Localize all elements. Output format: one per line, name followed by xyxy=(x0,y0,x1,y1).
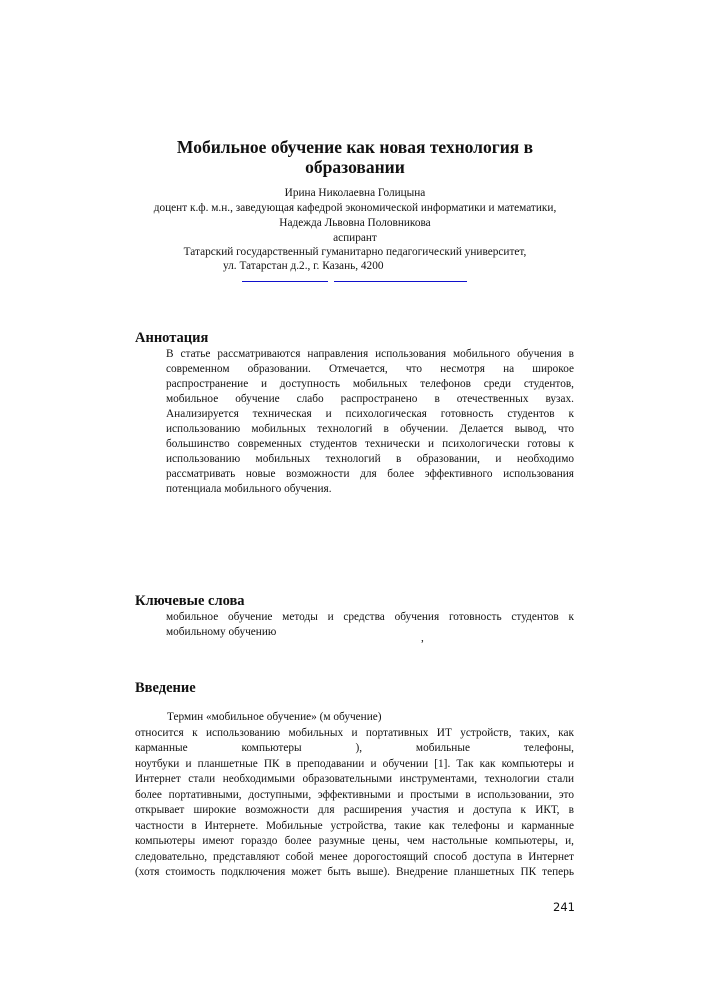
title-line-1: Мобильное обучение как новая технология … xyxy=(130,137,580,157)
introduction-heading: Введение xyxy=(135,680,196,697)
abstract-line: использованию мобильных технологий в обу… xyxy=(166,422,574,437)
affiliation: Татарский государственный гуманитарно пе… xyxy=(100,245,610,260)
abstract-line: мобильное обучение слабо распространено … xyxy=(166,392,574,407)
stray-comma: , xyxy=(421,632,424,644)
author1-position: доцент к.ф. м.н., заведующая кафедрой эк… xyxy=(100,201,610,216)
keywords-line: мобильное обучение методы и средства обу… xyxy=(166,610,574,625)
keywords-heading: Ключевые слова xyxy=(135,593,245,610)
intro-line: компьютеры имеют гораздо более разумные … xyxy=(135,834,574,850)
intro-line: ноутбуки и планшетные ПК в преподавании … xyxy=(135,757,574,773)
abstract-line: современном образовании. Отмечается, что… xyxy=(166,362,574,377)
introduction-text: Термин «мобильное обучение» (м обучение)… xyxy=(135,710,574,881)
intro-line: следовательно, представляют собой менее … xyxy=(135,850,574,866)
intro-line: Термин «мобильное обучение» (м обучение) xyxy=(135,710,574,726)
intro-line: открывает широкие возможности для расшир… xyxy=(135,803,574,819)
page-number: 241 xyxy=(553,900,575,914)
email-link-2[interactable] xyxy=(334,281,467,282)
intro-line: более портативными, доступными, эффектив… xyxy=(135,788,574,804)
abstract-line: потенциала мобильного обучения. xyxy=(166,482,574,497)
title-line-2: образовании xyxy=(130,157,580,177)
abstract-line: В статье рассматриваются направления исп… xyxy=(166,347,574,362)
keywords-line: мобильному обучению xyxy=(166,625,574,640)
intro-line: Интернет стали необходимыми образователь… xyxy=(135,772,574,788)
article-title: Мобильное обучение как новая технология … xyxy=(130,137,580,177)
abstract-line: рассматривать новые возможности для боле… xyxy=(166,467,574,482)
abstract-line: Анализируется техническая и психологичес… xyxy=(166,407,574,422)
keywords-text: мобильное обучение методы и средства обу… xyxy=(166,610,574,640)
abstract-line: большинство современных студентов технич… xyxy=(166,437,574,452)
author2-position: аспирант xyxy=(100,231,610,246)
author1-name: Ирина Николаевна Голицына xyxy=(100,186,610,201)
abstract-line: распространение и доступность мобильных … xyxy=(166,377,574,392)
intro-line: (хотя стоимость подключения может быть в… xyxy=(135,865,574,881)
abstract-line: использованию мобильных технологий в обр… xyxy=(166,452,574,467)
abstract-heading: Аннотация xyxy=(135,330,208,347)
author2-name: Надежда Львовна Половникова xyxy=(100,216,610,231)
intro-line: относится к использованию мобильных и по… xyxy=(135,726,574,742)
intro-line: карманные компьютеры ), мобильные телефо… xyxy=(135,741,574,757)
email-link-1[interactable] xyxy=(242,281,328,282)
intro-line: частности в Интернете. Мобильные устройс… xyxy=(135,819,574,835)
abstract-text: В статье рассматриваются направления исп… xyxy=(166,347,574,497)
address: ул. Татарстан д.2., г. Казань, 4200 xyxy=(223,259,384,274)
